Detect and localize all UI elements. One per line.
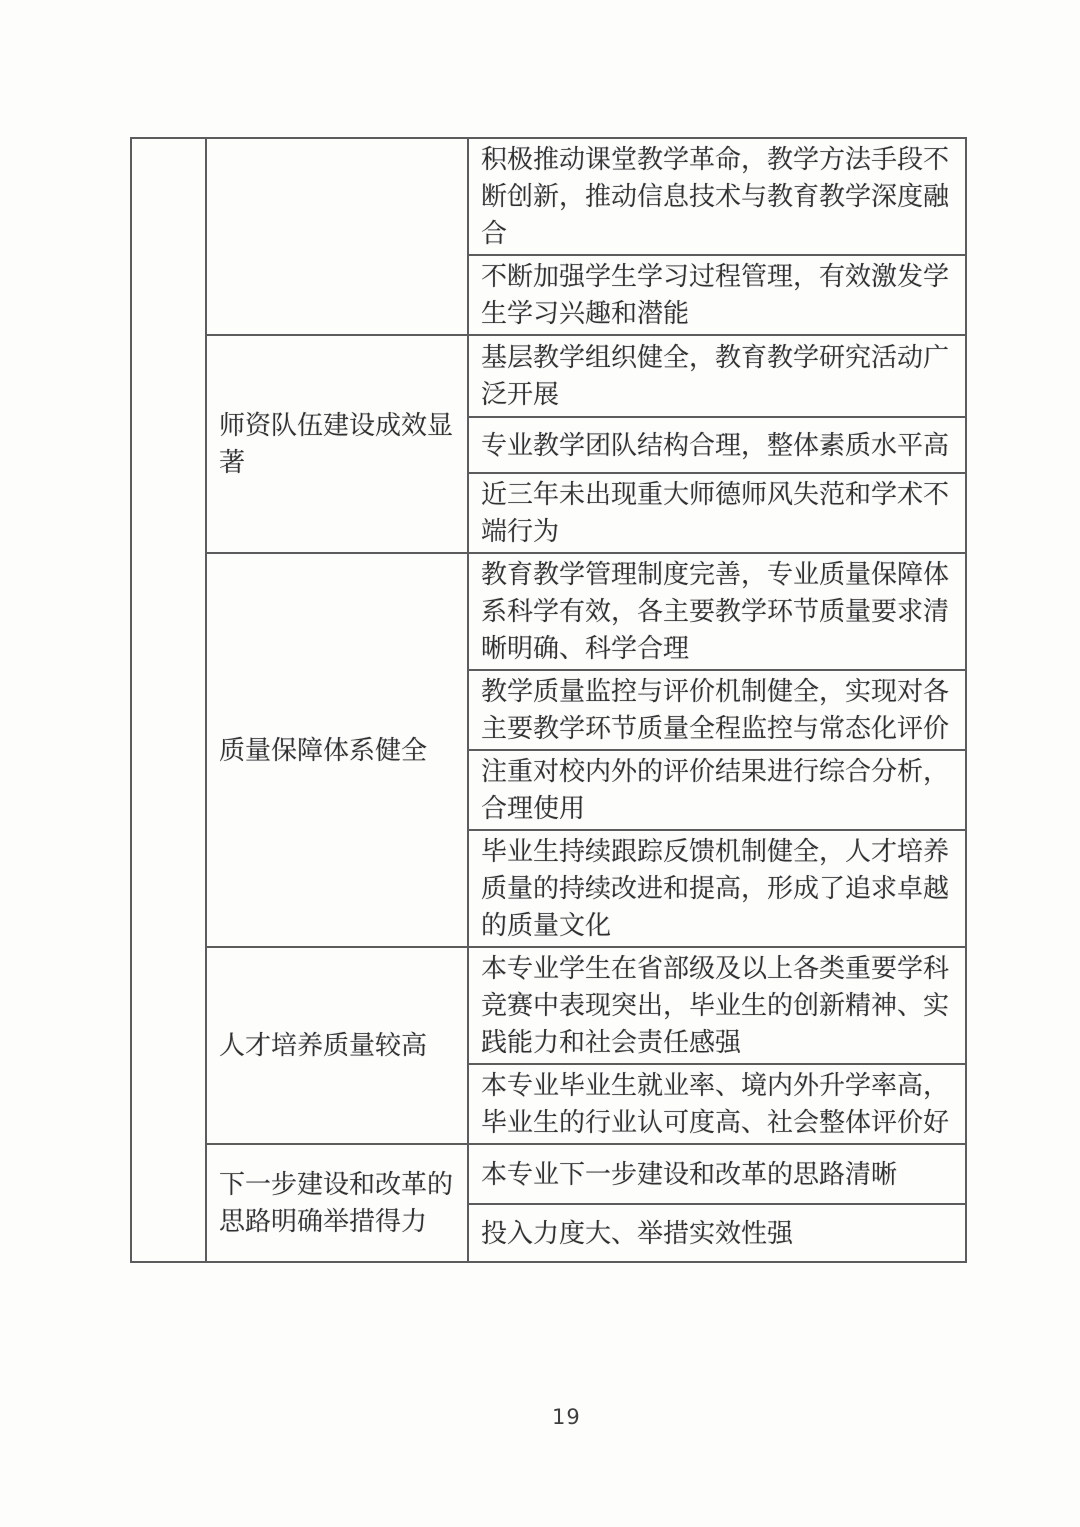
criteria-cell: 本专业下一步建设和改革的思路清晰 <box>468 1144 966 1204</box>
page-number: 19 <box>552 1405 581 1429</box>
assessment-table: 积极推动课堂教学革命，教学方法手段不断创新，推动信息技术与教育教学深度融合不断加… <box>130 137 967 1263</box>
criteria-cell: 教育教学管理制度完善，专业质量保障体系科学有效，各主要教学环节质量要求清晰明确、… <box>468 553 966 670</box>
criteria-cell: 基层教学组织健全，教育教学研究活动广泛开展 <box>468 335 966 417</box>
criteria-cell: 毕业生持续跟踪反馈机制健全，人才培养质量的持续改进和提高，形成了追求卓越的质量文… <box>468 830 966 947</box>
table-row: 下一步建设和改革的思路明确举措得力本专业下一步建设和改革的思路清晰 <box>131 1144 966 1204</box>
table-row: 质量保障体系健全教育教学管理制度完善，专业质量保障体系科学有效，各主要教学环节质… <box>131 553 966 670</box>
category-cell: 质量保障体系健全 <box>206 553 468 947</box>
category-cell <box>206 138 468 335</box>
criteria-cell: 注重对校内外的评价结果进行综合分析，合理使用 <box>468 750 966 830</box>
criteria-cell: 积极推动课堂教学革命，教学方法手段不断创新，推动信息技术与教育教学深度融合 <box>468 138 966 255</box>
criteria-cell: 不断加强学生学习过程管理，有效激发学生学习兴趣和潜能 <box>468 255 966 335</box>
table-row: 师资队伍建设成效显著基层教学组织健全，教育教学研究活动广泛开展 <box>131 335 966 417</box>
criteria-cell: 本专业学生在省部级及以上各类重要学科竞赛中表现突出，毕业生的创新精神、实践能力和… <box>468 947 966 1064</box>
criteria-cell: 专业教学团队结构合理，整体素质水平高 <box>468 417 966 473</box>
left-spanner-cell <box>131 138 206 1262</box>
document-page: 积极推动课堂教学革命，教学方法手段不断创新，推动信息技术与教育教学深度融合不断加… <box>0 0 1080 1527</box>
category-cell: 人才培养质量较高 <box>206 947 468 1144</box>
table-row: 积极推动课堂教学革命，教学方法手段不断创新，推动信息技术与教育教学深度融合 <box>131 138 966 255</box>
assessment-table-body: 积极推动课堂教学革命，教学方法手段不断创新，推动信息技术与教育教学深度融合不断加… <box>131 138 966 1262</box>
criteria-cell: 近三年未出现重大师德师风失范和学术不端行为 <box>468 473 966 553</box>
category-cell: 师资队伍建设成效显著 <box>206 335 468 553</box>
criteria-cell: 投入力度大、举措实效性强 <box>468 1204 966 1262</box>
table-row: 人才培养质量较高本专业学生在省部级及以上各类重要学科竞赛中表现突出，毕业生的创新… <box>131 947 966 1064</box>
criteria-cell: 教学质量监控与评价机制健全，实现对各主要教学环节质量全程监控与常态化评价 <box>468 670 966 750</box>
criteria-cell: 本专业毕业生就业率、境内外升学率高，毕业生的行业认可度高、社会整体评价好 <box>468 1064 966 1144</box>
category-cell: 下一步建设和改革的思路明确举措得力 <box>206 1144 468 1262</box>
